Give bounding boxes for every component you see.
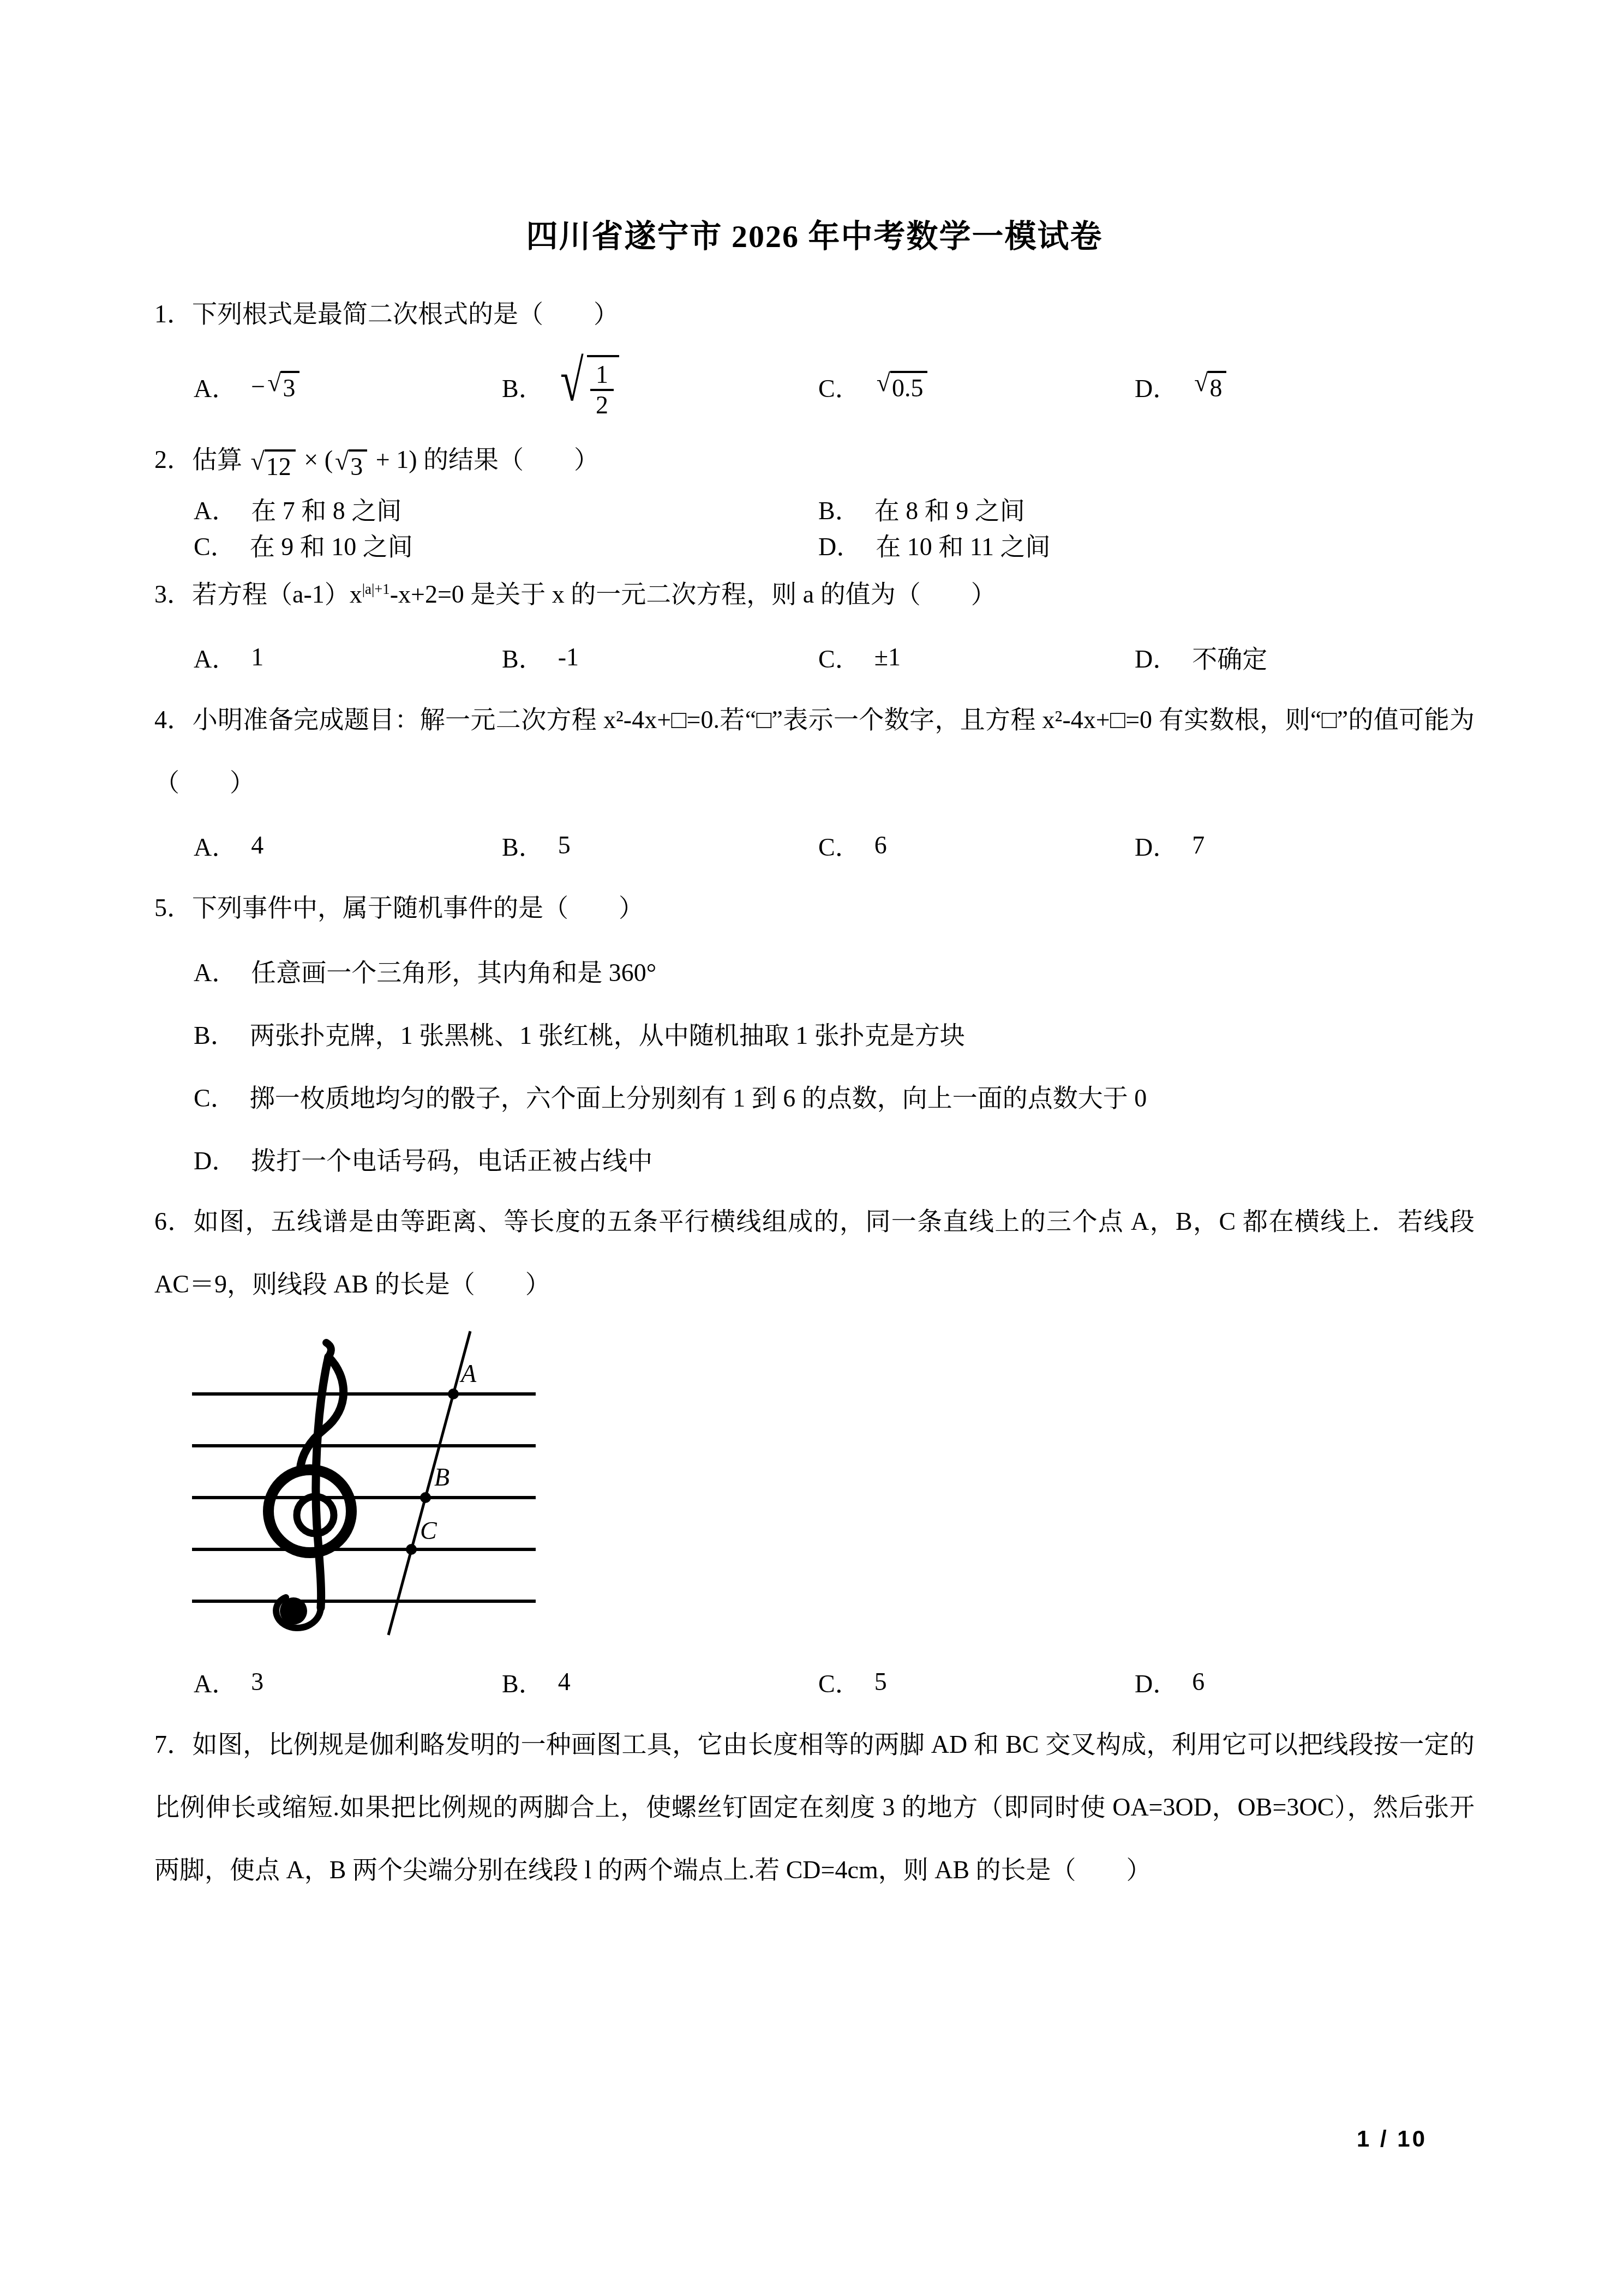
label-A: A bbox=[459, 1360, 477, 1387]
option-content: √8 bbox=[1192, 371, 1229, 402]
math-text: 4 bbox=[251, 831, 263, 860]
math-text: 掷一枚质地均匀的骰子，六个面上分别刻有 1 到 6 的点数，向上一面的点数大于 … bbox=[250, 1078, 1147, 1114]
option-B: B．5 bbox=[502, 827, 818, 863]
option-A: A．3 bbox=[194, 1664, 502, 1700]
question-stem: 3．若方程（a-1）x|a|+1-x+2=0 是关于 x 的一元二次方程，则 a… bbox=[154, 563, 1475, 626]
radicand: 0.5 bbox=[890, 371, 928, 402]
question-number: 5． bbox=[154, 894, 192, 922]
point-A bbox=[448, 1389, 459, 1399]
option-D: D．6 bbox=[1135, 1664, 1475, 1700]
option-label: A． bbox=[194, 953, 237, 989]
option-label: C． bbox=[818, 1664, 860, 1700]
radicand: 3 bbox=[281, 371, 299, 402]
option-D: D．不确定 bbox=[1135, 639, 1475, 675]
option-label: B． bbox=[502, 827, 544, 863]
question-number: 3． bbox=[154, 580, 192, 608]
math-text: × ( bbox=[298, 446, 333, 473]
question-3: 3．若方程（a-1）x|a|+1-x+2=0 是关于 x 的一元二次方程，则 a… bbox=[154, 563, 1475, 688]
math-text: 两张扑克牌，1 张黑桃、1 张红桃，从中随机抽取 1 张扑克是方块 bbox=[250, 1015, 965, 1051]
option-content: 两张扑克牌，1 张黑桃、1 张红桃，从中随机抽取 1 张扑克是方块 bbox=[250, 1015, 965, 1051]
radical-sign: √ bbox=[1194, 370, 1208, 395]
radical: √8 bbox=[1194, 371, 1226, 402]
question-stem: 1．下列根式是最简二次根式的是（ ） bbox=[154, 283, 1475, 345]
math-text: 6 bbox=[1192, 1667, 1204, 1696]
option-label: A． bbox=[194, 369, 237, 405]
point-C bbox=[406, 1544, 417, 1555]
radical: √12 bbox=[251, 449, 296, 481]
radical-sign: √ bbox=[877, 370, 890, 395]
option-content: 3 bbox=[251, 1667, 263, 1696]
math-text: 不确定 bbox=[1192, 639, 1267, 675]
label-B: B bbox=[434, 1463, 450, 1491]
fraction-numerator: 1 bbox=[590, 362, 614, 391]
option-content: -1 bbox=[558, 642, 579, 671]
option-content: 不确定 bbox=[1192, 639, 1267, 675]
option-B: B．-1 bbox=[502, 639, 818, 675]
option-label: B． bbox=[818, 491, 860, 527]
radicand: 12 bbox=[587, 355, 619, 419]
radical-sign: √ bbox=[560, 354, 584, 408]
radicand: 3 bbox=[349, 449, 367, 481]
option-label: C． bbox=[818, 639, 860, 675]
option-label: B． bbox=[502, 1664, 544, 1700]
page-title: 四川省遂宁市 2026 年中考数学一模试卷 bbox=[154, 217, 1475, 256]
label-C: C bbox=[420, 1517, 438, 1544]
question-number: 1． bbox=[154, 300, 192, 328]
radicand: 8 bbox=[1208, 371, 1226, 402]
option-content: 在 7 和 8 之间 bbox=[251, 491, 401, 527]
question-1: 1．下列根式是最简二次根式的是（ ）A．−√3B．√12C．√0.5D．√8 bbox=[154, 283, 1475, 428]
math-text: -x+2=0 是关于 x 的一元二次方程，则 a 的值为（ ） bbox=[390, 580, 996, 608]
option-B: B．4 bbox=[502, 1664, 818, 1700]
radical-sign: √ bbox=[267, 370, 281, 395]
radical: √3 bbox=[267, 371, 299, 402]
option-content: 在 9 和 10 之间 bbox=[250, 527, 413, 563]
option-C: C．掷一枚质地均匀的骰子，六个面上分别刻有 1 到 6 的点数，向上一面的点数大… bbox=[194, 1065, 1475, 1127]
option-content: 任意画一个三角形，其内角和是 360° bbox=[251, 953, 656, 989]
option-label: D． bbox=[1135, 639, 1178, 675]
superscript: |a|+1 bbox=[362, 581, 390, 597]
option-content: 7 bbox=[1192, 831, 1204, 860]
options-3: A．1B．-1C．±1D．不确定 bbox=[194, 626, 1475, 688]
option-A: A．在 7 和 8 之间 bbox=[194, 491, 818, 527]
option-content: 在 10 和 11 之间 bbox=[876, 527, 1050, 563]
math-text: 若方程（a-1）x bbox=[192, 580, 362, 608]
option-content: 在 8 和 9 之间 bbox=[874, 491, 1025, 527]
math-text: 3 bbox=[251, 1667, 263, 1696]
math-text: 1 bbox=[251, 642, 263, 671]
option-content: 4 bbox=[558, 1667, 571, 1696]
option-label: A． bbox=[194, 639, 237, 675]
option-content: 1 bbox=[251, 642, 263, 671]
radical-sign: √ bbox=[335, 449, 349, 474]
option-A: A．4 bbox=[194, 827, 502, 863]
option-D: D．7 bbox=[1135, 827, 1475, 863]
radical: √0.5 bbox=[877, 371, 928, 402]
radical: √3 bbox=[335, 449, 367, 481]
math-text: 在 9 和 10 之间 bbox=[250, 527, 413, 563]
question-list: 1．下列根式是最简二次根式的是（ ）A．−√3B．√12C．√0.5D．√82．… bbox=[154, 283, 1475, 1901]
math-text: 5 bbox=[558, 831, 571, 860]
option-content: ±1 bbox=[874, 642, 901, 671]
option-label: D． bbox=[1135, 827, 1178, 863]
option-A: A．−√3 bbox=[194, 369, 502, 405]
options-4: A．4B．5C．6D．7 bbox=[194, 814, 1475, 876]
option-C: C．±1 bbox=[818, 639, 1135, 675]
question-2: 2．估算 √12 × (√3 + 1) 的结果（ ）A．在 7 和 8 之间B．… bbox=[154, 428, 1475, 563]
option-D: D．拨打一个电话号码，电话正被占线中 bbox=[194, 1127, 1475, 1190]
question-number: 7． bbox=[154, 1730, 193, 1758]
math-text: 4 bbox=[558, 1667, 571, 1696]
exam-page: 四川省遂宁市 2026 年中考数学一模试卷 1．下列根式是最简二次根式的是（ ）… bbox=[0, 0, 1624, 2296]
option-C: C．5 bbox=[818, 1664, 1135, 1700]
option-label: C． bbox=[194, 1078, 236, 1114]
math-text: 如图，比例规是伽利略发明的一种画图工具，它由长度相等的两脚 AD 和 BC 交叉… bbox=[154, 1730, 1475, 1884]
option-content: 4 bbox=[251, 831, 263, 860]
question-stem: 7．如图，比例规是伽利略发明的一种画图工具，它由长度相等的两脚 AD 和 BC … bbox=[154, 1713, 1475, 1901]
option-content: √0.5 bbox=[874, 371, 930, 402]
question-stem: 2．估算 √12 × (√3 + 1) 的结果（ ） bbox=[154, 428, 1475, 491]
math-text: 下列事件中，属于随机事件的是（ ） bbox=[192, 894, 644, 922]
math-text: 在 7 和 8 之间 bbox=[251, 491, 401, 527]
math-text: 6 bbox=[874, 831, 887, 860]
option-label: D． bbox=[1135, 369, 1178, 405]
math-text: 7 bbox=[1192, 831, 1204, 860]
question-6: 6．如图，五线谱是由等距离、等长度的五条平行横线组成的，同一条直线上的三个点 A… bbox=[154, 1190, 1475, 1713]
option-C: C．√0.5 bbox=[818, 369, 1135, 405]
math-text: 任意画一个三角形，其内角和是 360° bbox=[251, 953, 656, 989]
staff-figure: A B C bbox=[185, 1323, 546, 1645]
question-number: 2． bbox=[154, 446, 192, 473]
question-stem: 5．下列事件中，属于随机事件的是（ ） bbox=[154, 876, 1475, 939]
option-label: A． bbox=[194, 1664, 237, 1700]
option-content: −√3 bbox=[251, 371, 302, 402]
option-content: √12 bbox=[558, 355, 621, 419]
question-stem: 4．小明准备完成题目：解一元二次方程 x²-4x+□=0.若“□”表示一个数字，… bbox=[154, 688, 1475, 814]
option-label: C． bbox=[194, 527, 236, 563]
option-content: 5 bbox=[558, 831, 571, 860]
math-text: 5 bbox=[874, 1667, 887, 1696]
math-text: -1 bbox=[558, 642, 579, 671]
option-label: C． bbox=[818, 369, 860, 405]
option-A: A．任意画一个三角形，其内角和是 360° bbox=[194, 939, 1475, 1002]
option-B: B．在 8 和 9 之间 bbox=[818, 491, 1475, 527]
radicand: 12 bbox=[265, 449, 296, 481]
math-text: + 1) 的结果（ ） bbox=[369, 446, 599, 473]
question-stem: 6．如图，五线谱是由等距离、等长度的五条平行横线组成的，同一条直线上的三个点 A… bbox=[154, 1190, 1475, 1315]
option-content: 6 bbox=[1192, 1667, 1204, 1696]
options-6: A．3B．4C．5D．6 bbox=[194, 1650, 1475, 1713]
option-content: 5 bbox=[874, 1667, 887, 1696]
option-label: D． bbox=[1135, 1664, 1178, 1700]
option-label: D． bbox=[194, 1141, 237, 1177]
math-text: 如图，五线谱是由等距离、等长度的五条平行横线组成的，同一条直线上的三个点 A，B… bbox=[154, 1207, 1475, 1298]
option-D: D．在 10 和 11 之间 bbox=[818, 527, 1475, 563]
radical-sign: √ bbox=[251, 449, 265, 474]
option-label: B． bbox=[502, 639, 544, 675]
options-2: A．在 7 和 8 之间B．在 8 和 9 之间C．在 9 和 10 之间D．在… bbox=[194, 491, 1475, 563]
treble-clef-icon bbox=[268, 1343, 351, 1628]
question-number: 6． bbox=[154, 1207, 194, 1235]
math-text: 在 8 和 9 之间 bbox=[874, 491, 1025, 527]
option-C: C．在 9 和 10 之间 bbox=[194, 527, 818, 563]
page-number: 1 / 10 bbox=[1357, 2126, 1427, 2152]
radical-fraction: √12 bbox=[560, 355, 619, 419]
math-text: ±1 bbox=[874, 642, 901, 671]
question-4: 4．小明准备完成题目：解一元二次方程 x²-4x+□=0.若“□”表示一个数字，… bbox=[154, 688, 1475, 876]
question-7: 7．如图，比例规是伽利略发明的一种画图工具，它由长度相等的两脚 AD 和 BC … bbox=[154, 1713, 1475, 1901]
fraction: 12 bbox=[590, 362, 614, 419]
fraction-denominator: 2 bbox=[596, 391, 608, 418]
option-label: D． bbox=[818, 527, 861, 563]
question-5: 5．下列事件中，属于随机事件的是（ ）A．任意画一个三角形，其内角和是 360°… bbox=[154, 876, 1475, 1190]
staff-lines bbox=[192, 1394, 536, 1601]
math-text: 下列根式是最简二次根式的是（ ） bbox=[192, 300, 619, 328]
math-text: − bbox=[251, 372, 265, 401]
question-number: 4． bbox=[154, 706, 193, 734]
options-1: A．−√3B．√12C．√0.5D．√8 bbox=[194, 345, 1475, 428]
option-label: A． bbox=[194, 827, 237, 863]
math-text: 在 10 和 11 之间 bbox=[876, 527, 1050, 563]
option-C: C．6 bbox=[818, 827, 1135, 863]
math-text: 拨打一个电话号码，电话正被占线中 bbox=[251, 1141, 652, 1177]
option-A: A．1 bbox=[194, 639, 502, 675]
option-label: C． bbox=[818, 827, 860, 863]
option-label: B． bbox=[194, 1015, 236, 1051]
option-B: B．两张扑克牌，1 张黑桃、1 张红桃，从中随机抽取 1 张扑克是方块 bbox=[194, 1002, 1475, 1065]
option-content: 6 bbox=[874, 831, 887, 860]
math-text: 小明准备完成题目：解一元二次方程 x²-4x+□=0.若“□”表示一个数字，且方… bbox=[154, 706, 1475, 796]
exam-content: 四川省遂宁市 2026 年中考数学一模试卷 1．下列根式是最简二次根式的是（ ）… bbox=[154, 217, 1475, 1901]
staff-figure-wrap: A B C bbox=[185, 1323, 546, 1645]
option-label: B． bbox=[502, 369, 544, 405]
point-B bbox=[420, 1492, 431, 1503]
options-5: A．任意画一个三角形，其内角和是 360°B．两张扑克牌，1 张黑桃、1 张红桃… bbox=[194, 939, 1475, 1190]
option-label: A． bbox=[194, 491, 237, 527]
option-B: B．√12 bbox=[502, 355, 818, 419]
option-content: 掷一枚质地均匀的骰子，六个面上分别刻有 1 到 6 的点数，向上一面的点数大于 … bbox=[250, 1078, 1147, 1114]
option-content: 拨打一个电话号码，电话正被占线中 bbox=[251, 1141, 652, 1177]
math-text: 估算 bbox=[192, 446, 249, 473]
transversal-line bbox=[388, 1331, 470, 1635]
option-D: D．√8 bbox=[1135, 369, 1475, 405]
